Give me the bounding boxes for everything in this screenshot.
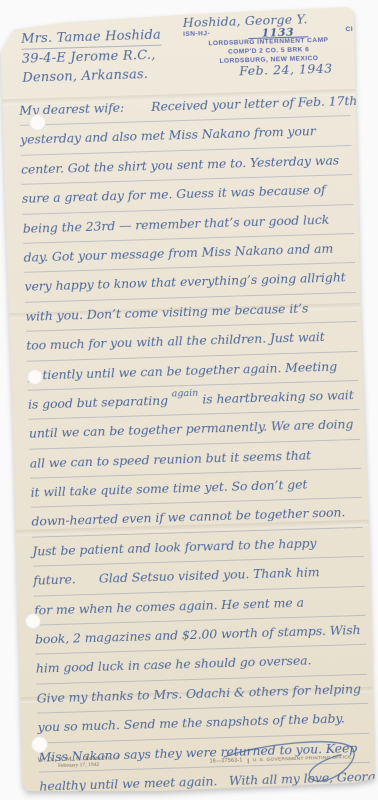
inserted-word: again xyxy=(172,388,199,400)
punch-hole xyxy=(31,736,48,753)
scanned-letter-page: Mrs. Tamae Hoshida 39-4-E Jerome R.C., D… xyxy=(0,0,378,800)
recipient-address: Mrs. Tamae Hoshida 39-4-E Jerome R.C., D… xyxy=(21,26,162,88)
letter-body: My dearest wife: Received your letter of… xyxy=(19,87,371,800)
print-code: 16—27563-1 xyxy=(210,758,243,765)
punch-hole xyxy=(25,613,41,629)
recipient-city: Denson, Arkansas. xyxy=(22,65,162,88)
sender-block: Hoshida, George Y. ISN-HJ- 1133 CI LORDS… xyxy=(183,10,354,67)
form-identifier: W. D., P. M. G. Form No. 4 February 17, … xyxy=(37,754,119,769)
stamp-isn-prefix: ISN-HJ- xyxy=(183,29,210,40)
punch-hole xyxy=(27,369,43,385)
letter-date: Feb. 24, 1943 xyxy=(239,61,333,79)
letter-paper-wrap: Mrs. Tamae Hoshida 39-4-E Jerome R.C., D… xyxy=(0,7,376,795)
stamp-isn-number: 1133 xyxy=(248,27,309,39)
letter-paper: Mrs. Tamae Hoshida 39-4-E Jerome R.C., D… xyxy=(0,7,376,795)
stamp-isn-suffix: CI xyxy=(345,25,353,35)
punch-hole xyxy=(29,114,46,131)
